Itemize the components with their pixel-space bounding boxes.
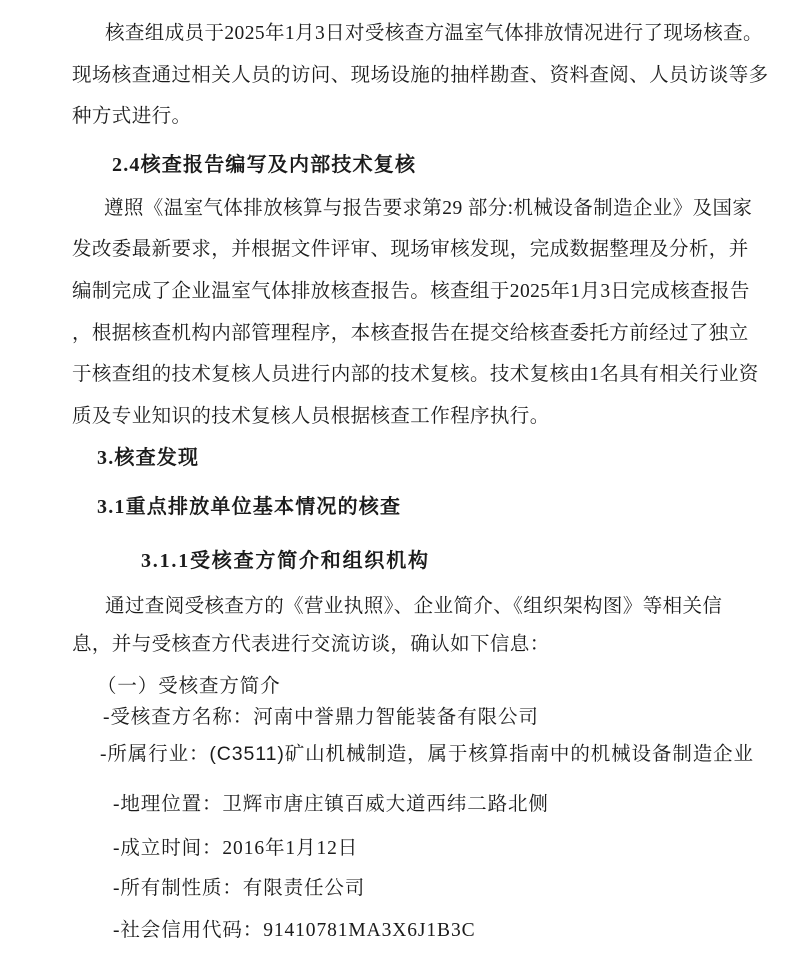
item-founded: -成立时间：2016年1月12日 [113,837,358,860]
section-2-4-line-5: 于核查组的技术复核人员进行内部的技术复核。技术复核由1名具有相关行业资 [72,363,759,386]
section-3-1-1-line-1: 通过查阅受核查方的《营业执照》、企业简介、《组织架构图》等相关信 [105,595,722,618]
intro-line-2: 现场核查通过相关人员的访问、现场设施的抽样勘查、资料查阅、人员访谈等多 [72,64,769,87]
item-credit-code: -社会信用代码：91410781MA3X6J1B3C [113,919,476,942]
item-industry-detail: 矿山机械制造，属于核算指南中的机械设备制造企业 [285,744,754,765]
item-industry-label: -所属行业： [100,744,209,765]
item-location: -地理位置：卫辉市唐庄镇百威大道西纬二路北侧 [113,793,549,816]
item-industry: -所属行业：(C3511)矿山机械制造，属于核算指南中的机械设备制造企业 [100,743,754,766]
section-2-4-line-6: 质及专业知识的技术复核人员根据核查工作程序执行。 [72,405,550,428]
section-3-1-1-line-2: 息，并与受核查方代表进行交流访谈，确认如下信息： [72,633,550,656]
item-ownership: -所有制性质：有限责任公司 [113,877,365,900]
section-2-4-line-4: ，根据核查机构内部管理程序，本核查报告在提交给核查委托方前经过了独立 [72,322,749,345]
section-heading-3-1: 3.1重点排放单位基本情况的核查 [97,496,401,519]
intro-line-3: 种方式进行。 [72,105,191,128]
item-industry-code: (C3511) [209,743,284,765]
section-heading-3-1-1: 3.1.1受核查方简介和组织机构 [141,550,430,573]
section-2-4-line-1: 遵照《温室气体排放核算与报告要求第29 部分:机械设备制造企业》及国家 [104,197,752,220]
item-company-name: -受核查方名称：河南中誉鼎力智能装备有限公司 [103,706,539,729]
section-2-4-line-3: 编制完成了企业温室气体排放核查报告。核查组于2025年1月3日完成核查报告 [72,280,750,303]
document-page: 核查组成员于2025年1月3日对受核查方温室气体排放情况进行了现场核查。 现场核… [0,0,800,964]
section-heading-2-4: 2.4核查报告编写及内部技术复核 [112,154,416,177]
list-title-company-profile: （一）受核查方简介 [97,675,281,698]
intro-line-1: 核查组成员于2025年1月3日对受核查方温室气体排放情况进行了现场核查。 [105,22,763,45]
section-heading-3: 3.核查发现 [97,447,199,470]
section-2-4-line-2: 发改委最新要求，并根据文件评审、现场审核发现，完成数据整理及分析，并 [72,238,749,261]
